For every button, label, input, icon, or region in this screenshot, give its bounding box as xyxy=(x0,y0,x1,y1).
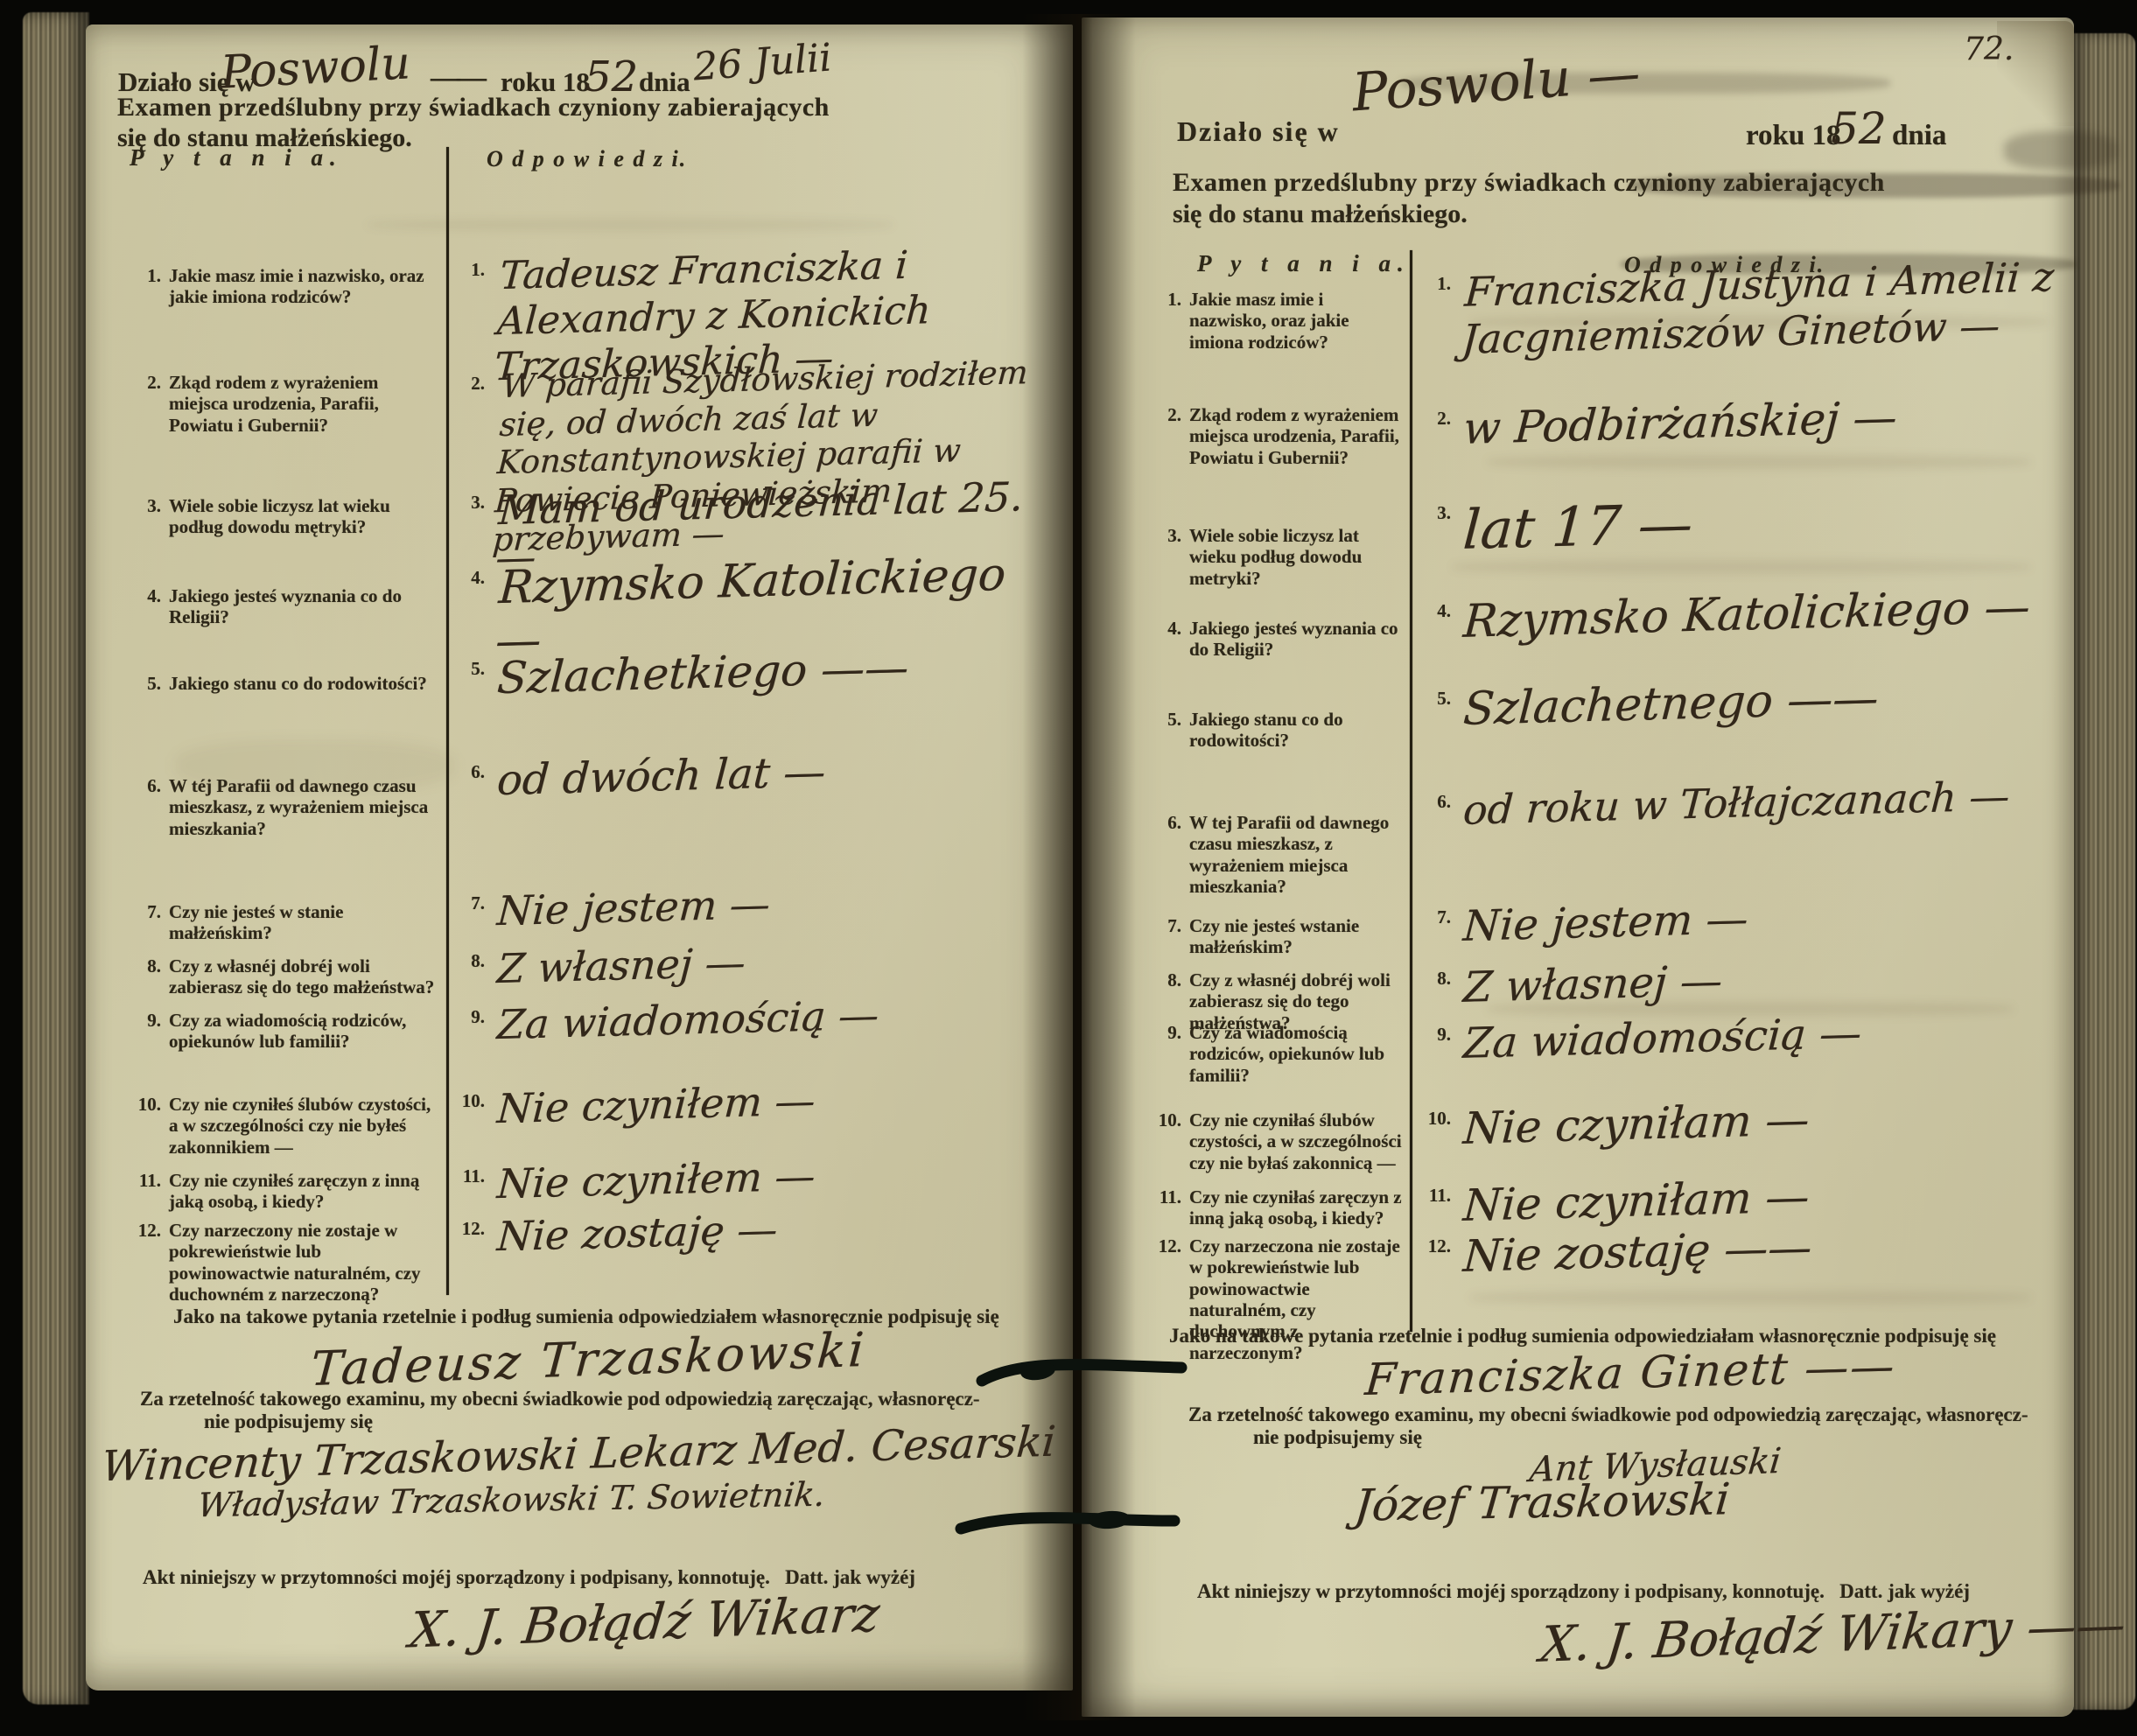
question-number: 10. xyxy=(1152,1109,1181,1173)
answer-number: 2. xyxy=(453,360,485,395)
left-declaration: Jako na takowe pytania rzetelnie i podłu… xyxy=(173,1305,999,1328)
answer-number: 7. xyxy=(453,880,485,914)
question-number: 2. xyxy=(1152,404,1181,468)
answer-item: 6.od roku w Tołłajczanach — xyxy=(1419,779,2053,826)
question-item: 3.Wiele sobie liczysz lat wieku podług d… xyxy=(131,495,439,538)
question-number: 11. xyxy=(1152,1186,1181,1229)
answer-number: 4. xyxy=(453,555,485,589)
answer-item: 9.Za wiadomością — xyxy=(453,994,1041,1041)
left-header-place: Poswolu xyxy=(220,37,412,99)
question-text: Czy nie czyniłeś ślubów czystości, a w s… xyxy=(169,1094,439,1158)
answer-item: 12.Nie zostaję —— xyxy=(1419,1223,2053,1275)
left-page-stack-edge xyxy=(23,12,89,1704)
question-text: Wiele sobie liczysz lat wieku podług dow… xyxy=(1189,525,1404,589)
question-number: 10. xyxy=(131,1094,161,1158)
question-text: W téj Parafii od dawnego czasu mieszkasz… xyxy=(169,775,439,839)
answer-number: 11. xyxy=(1419,1172,1451,1207)
question-item: 2.Zkąd rodem z wyrażeniem miejsca urodze… xyxy=(131,372,439,436)
question-item: 11.Czy nie czyniłeś zaręczyn z inną jaką… xyxy=(131,1170,439,1213)
answer-number: 9. xyxy=(453,994,485,1028)
question-item: 4.Jakiego jesteś wyznania co do Religii? xyxy=(1152,618,1404,661)
question-number: 2. xyxy=(131,372,161,436)
answer-number: 5. xyxy=(453,646,485,680)
question-number: 11. xyxy=(131,1170,161,1213)
answer-item: 10.Nie czyniłam — xyxy=(1419,1095,2053,1147)
question-text: Jakiego stanu co do rodowitości? xyxy=(1189,709,1404,752)
question-item: 12.Czy narzeczony nie zostaje w pokrewie… xyxy=(131,1220,439,1305)
answer-number: 11. xyxy=(453,1153,485,1187)
left-notary-line: Akt niniejszy w przytomności mojéj sporz… xyxy=(143,1566,915,1589)
right-subtitle-2: się do stanu małżeńskiego. xyxy=(1173,199,1468,229)
question-item: 7.Czy nie jesteś w stanie małżeńskim? xyxy=(131,901,439,944)
book-scan: 72. Działo się w Poswolu —— roku 18 52 d… xyxy=(0,0,2137,1736)
answer-handwriting: Nie jestem — xyxy=(1461,886,2054,951)
answer-handwriting: Nie jestem — xyxy=(495,873,1042,935)
answer-item: 5.Szlachetkiego —— xyxy=(453,646,1041,697)
answer-item: 10.Nie czyniłem — xyxy=(453,1078,1041,1125)
right-header-year-printed: roku 18 xyxy=(1746,120,1841,152)
question-number: 4. xyxy=(1152,618,1181,661)
question-item: 9.Czy za wiadomością rodziców, opiekunów… xyxy=(1152,1022,1404,1086)
right-header-prefix: Działo się w xyxy=(1177,115,1340,148)
answer-handwriting: od dwóch lat — xyxy=(495,742,1042,806)
question-text: Czy nie czyniłeś zaręczyn z inną jaką os… xyxy=(169,1170,439,1213)
answer-number: 10. xyxy=(453,1078,485,1112)
question-text: W tej Parafii od dawnego czasu mieszkasz… xyxy=(1189,812,1404,897)
answer-number: 6. xyxy=(1419,779,1451,813)
left-witness-statement-2: nie podpisujemy się xyxy=(204,1410,373,1433)
question-item: 3.Wiele sobie liczysz lat wieku podług d… xyxy=(1152,525,1404,589)
question-item: 11.Czy nie czyniłaś zaręczyn z inną jaką… xyxy=(1152,1186,1404,1229)
question-number: 7. xyxy=(131,901,161,944)
answer-handwriting: Za wiadomością — xyxy=(1461,1004,2054,1068)
question-text: Jakie masz imie i nazwisko, oraz jakie i… xyxy=(1189,289,1404,353)
answer-item: 2.w Podbirżańskiej — xyxy=(1419,395,2053,447)
answer-handwriting: Z własnej — xyxy=(1461,948,2054,1012)
left-col-answers: O d p o w i e d z i. xyxy=(487,146,687,172)
question-text: Czy za wiadomością rodziców, opiekunów l… xyxy=(169,1010,439,1053)
answer-number: 10. xyxy=(1419,1095,1451,1130)
question-item: 1.Jakie masz imie i nazwisko, oraz jakie… xyxy=(131,265,439,308)
right-notary-line: Akt niniejszy w przytomności mojéj sporz… xyxy=(1197,1580,1970,1603)
answer-number: 8. xyxy=(453,938,485,972)
question-item: 7.Czy nie jesteś wstanie małżeńskim? xyxy=(1152,915,1404,958)
answer-handwriting: Za wiadomością — xyxy=(495,987,1042,1049)
answer-number: 3. xyxy=(1419,490,1451,524)
left-column-rule xyxy=(446,147,449,1295)
question-number: 6. xyxy=(1152,812,1181,897)
question-text: Zkąd rodem z wyrażeniem miejsca urodzeni… xyxy=(1189,404,1404,468)
answer-item: 3.lat 17 — xyxy=(1419,490,2053,554)
question-number: 12. xyxy=(131,1220,161,1305)
question-number: 4. xyxy=(131,585,161,628)
answer-item: 12.Nie zostaję — xyxy=(453,1206,1041,1253)
right-header-year-hand: 52 xyxy=(1831,103,1887,154)
answer-handwriting: lat 17 — xyxy=(1461,482,2055,562)
question-number: 7. xyxy=(1152,915,1181,958)
answer-number: 12. xyxy=(1419,1223,1451,1257)
question-number: 3. xyxy=(131,495,161,538)
question-text: Czy nie czyniłaś zaręczyn z inną jaką os… xyxy=(1189,1186,1404,1229)
question-text: Czy z własnéj dobréj woli zabierasz się … xyxy=(169,955,439,998)
right-witness-statement-1: Za rzetelność takowego examinu, my obecn… xyxy=(1188,1403,2028,1426)
answer-number: 6. xyxy=(453,749,485,783)
question-item: 6.W téj Parafii od dawnego czasu mieszka… xyxy=(131,775,439,839)
question-text: Jakie masz imie i nazwisko, oraz jakie i… xyxy=(169,265,439,308)
answer-number: 1. xyxy=(453,247,485,281)
answer-handwriting: Nie czyniłem — xyxy=(495,1071,1042,1133)
answer-item: 1.Franciszka Justyna i Amelii z Jacgniem… xyxy=(1419,261,2053,356)
answer-number: 3. xyxy=(453,479,485,514)
answer-item: 8.Z własnej — xyxy=(453,938,1041,985)
answer-number: 8. xyxy=(1419,955,1451,990)
answer-handwriting: w Podbirżańskiej — xyxy=(1461,388,2054,455)
question-text: Jakiego jesteś wyznania co do Religii? xyxy=(169,585,439,628)
question-number: 1. xyxy=(131,265,161,308)
question-item: 2.Zkąd rodem z wyrażeniem miejsca urodze… xyxy=(1152,404,1404,468)
answer-item: 8.Z własnej — xyxy=(1419,955,2053,1005)
answer-item: 11.Nie czyniłem — xyxy=(453,1153,1041,1200)
answer-handwriting: Nie zostaję —— xyxy=(1461,1215,2054,1283)
answer-item: 11.Nie czyniłam — xyxy=(1419,1172,2053,1224)
answer-handwriting: Szlachetnego —— xyxy=(1461,668,2055,737)
question-text: Jakiego jesteś wyznania co do Religii? xyxy=(1189,618,1404,661)
question-text: Czy nie jesteś w stanie małżeńskim? xyxy=(169,901,439,944)
answer-number: 5. xyxy=(1419,675,1451,710)
question-text: Jakiego stanu co do rodowitości? xyxy=(169,673,439,694)
answer-number: 4. xyxy=(1419,588,1451,622)
answer-item: 5.Szlachetnego —— xyxy=(1419,675,2053,729)
answer-handwriting: Rzymsko Katolickiego — xyxy=(1461,580,2055,649)
question-number: 9. xyxy=(131,1010,161,1053)
question-item: 10.Czy nie czyniłeś ślubów czystości, a … xyxy=(131,1094,439,1158)
question-number: 9. xyxy=(1152,1022,1181,1086)
right-witness-signature-2: Józef Traskowski xyxy=(1352,1473,1731,1531)
answer-handwriting: Nie zostaję — xyxy=(495,1199,1042,1261)
right-header-day-label: dnia xyxy=(1892,120,1946,152)
answer-item: 6.od dwóch lat — xyxy=(453,749,1041,799)
question-item: 8.Czy z własnéj dobréj woli zabierasz si… xyxy=(131,955,439,998)
right-col-questions: P y t a n i a. xyxy=(1197,250,1411,277)
question-text: Zkąd rodem z wyrażeniem miejsca urodzeni… xyxy=(169,372,439,436)
right-subtitle-1: Examen przedślubny przy świadkach czynio… xyxy=(1173,168,1885,198)
answer-handwriting: Szlachetkiego —— xyxy=(495,639,1042,704)
right-witness-statement-2: nie podpisujemy się xyxy=(1253,1426,1422,1449)
question-text: Czy narzeczony nie zostaje w pokrewieńst… xyxy=(169,1220,439,1305)
right-column-rule xyxy=(1410,250,1412,1332)
answer-handwriting: od roku w Tołłajczanach — xyxy=(1461,771,2054,834)
question-number: 5. xyxy=(131,673,161,694)
question-text: Czy nie czyniłaś ślubów czystości, a w s… xyxy=(1189,1109,1404,1173)
page-number: 72. xyxy=(1964,31,2014,67)
left-witness-statement-1: Za rzetelność takowego examinu, my obecn… xyxy=(140,1388,980,1410)
question-item: 5.Jakiego stanu co do rodowitości? xyxy=(131,673,439,694)
question-number: 1. xyxy=(1152,289,1181,353)
left-subtitle-1: Examen przedślubny przy świadkach czynio… xyxy=(117,93,830,122)
question-number: 5. xyxy=(1152,709,1181,752)
answer-number: 12. xyxy=(453,1206,485,1240)
question-number: 3. xyxy=(1152,525,1181,589)
answer-item: 7.Nie jestem — xyxy=(1419,894,2053,944)
question-item: 4.Jakiego jesteś wyznania co do Religii? xyxy=(131,585,439,628)
answer-number: 2. xyxy=(1419,395,1451,430)
question-text: Czy nie jesteś wstanie małżeńskim? xyxy=(1189,915,1404,958)
question-item: 9.Czy za wiadomością rodziców, opiekunów… xyxy=(131,1010,439,1053)
question-number: 6. xyxy=(131,775,161,839)
question-item: 6.W tej Parafii od dawnego czasu mieszka… xyxy=(1152,812,1404,897)
question-item: 1.Jakie masz imie i nazwisko, oraz jakie… xyxy=(1152,289,1404,353)
question-text: Czy za wiadomością rodziców, opiekunów l… xyxy=(1189,1022,1404,1086)
answer-number: 7. xyxy=(1419,894,1451,928)
question-number: 8. xyxy=(131,955,161,998)
answer-handwriting: Nie czyniłam — xyxy=(1461,1088,2054,1155)
left-header-dash: —— xyxy=(431,61,483,94)
answer-number: 1. xyxy=(1419,261,1451,295)
question-text: Wiele sobie liczysz lat wieku podług dow… xyxy=(169,495,439,538)
right-page-stack-edge xyxy=(2070,33,2135,1710)
answer-handwriting: Franciszka Justyna i Amelii z Jacgniemis… xyxy=(1461,253,2056,363)
question-item: 10.Czy nie czyniłaś ślubów czystości, a … xyxy=(1152,1109,1404,1173)
answer-item: 4.Rzymsko Katolickiego — xyxy=(1419,588,2053,641)
answer-item: 9.Za wiadomością — xyxy=(1419,1011,2053,1061)
answer-handwriting: Nie czyniłem — xyxy=(495,1146,1042,1208)
left-col-questions: P y t a n i a. xyxy=(130,144,343,171)
answer-number: 9. xyxy=(1419,1011,1451,1046)
question-item: 5.Jakiego stanu co do rodowitości? xyxy=(1152,709,1404,752)
answer-item: 7.Nie jestem — xyxy=(453,880,1041,927)
answer-handwriting: Z własnej — xyxy=(495,931,1042,993)
